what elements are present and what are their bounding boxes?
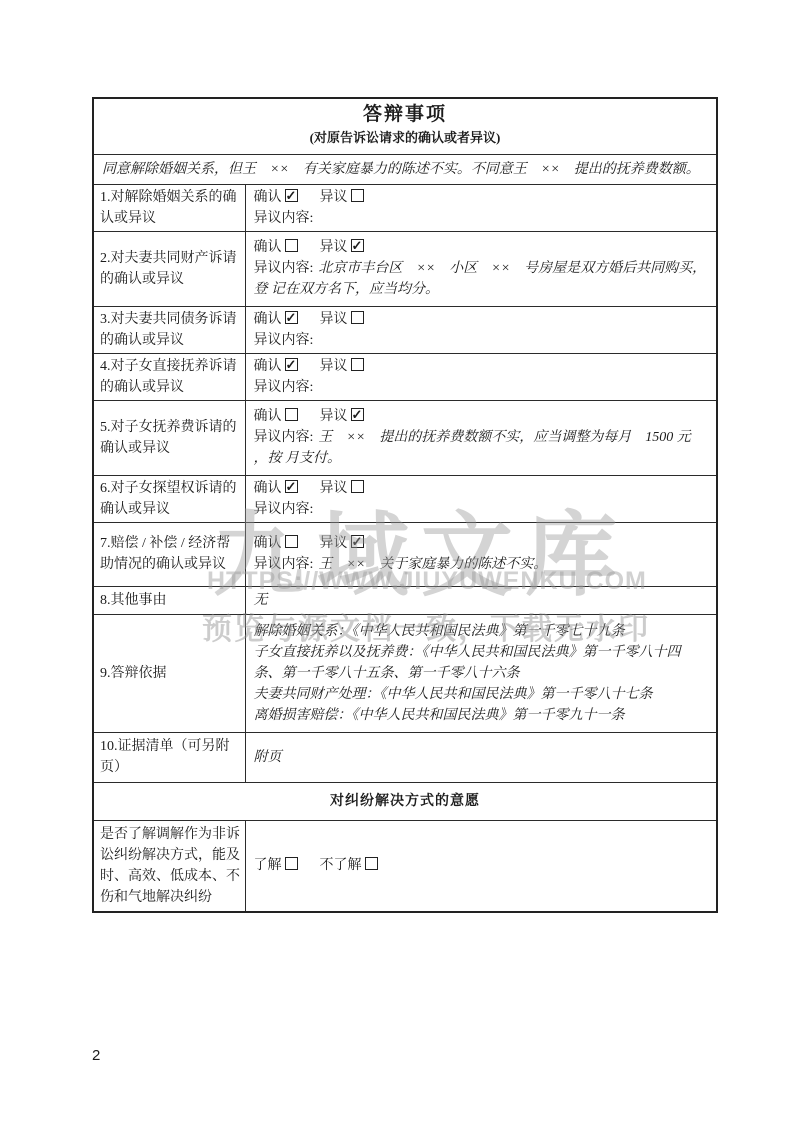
table-row: 7.赔偿 / 补偿 / 经济帮 助情况的确认或异议 确认异议 异议内容:王 ××…: [93, 522, 717, 586]
table-row: 10.证据清单（可另附页） 附页: [93, 732, 717, 782]
confirm-checkbox[interactable]: [285, 480, 298, 493]
legal-basis-line: 离婚损害赔偿：《中华人民共和国民法典》第一千零九十一条: [254, 705, 709, 726]
defense-form-table: 答辩事项 (对原告诉讼请求的确认或者异议) 同意解除婚姻关系，但王 ×× 有关家…: [92, 97, 718, 913]
objection-content-label: 异议内容:: [254, 430, 314, 445]
confirm-label: 确认: [254, 481, 282, 496]
legal-basis-line: 解除婚姻关系：《中华人民共和国民法典》第一千零七十九条: [254, 621, 709, 642]
objection-label: 异议: [320, 190, 348, 205]
table-row: 4.对子女直接抚养诉请的确认或异议 确认异议 异议内容:: [93, 353, 717, 400]
table-row: 答辩事项 (对原告诉讼请求的确认或者异议): [93, 98, 717, 154]
not-know-label: 不了解: [320, 858, 362, 873]
objection-checkbox[interactable]: [351, 408, 364, 421]
row-label: 5.对子女抚养费诉请的确认或异议: [93, 400, 245, 475]
objection-content-label: 异议内容:: [254, 333, 314, 348]
row-label: 1.对解除婚姻关系的确认或异议: [93, 184, 245, 231]
confirm-label: 确认: [254, 312, 282, 327]
confirm-checkbox[interactable]: [285, 189, 298, 202]
objection-checkbox[interactable]: [351, 189, 364, 202]
row-label: 6.对子女探望权诉请的确认或异议: [93, 475, 245, 522]
objection-content: 北京市丰台区 ×× 小区 ×× 号房屋是双方婚后共同购买，登 记在双方名下，应当…: [254, 261, 707, 297]
table-row: 对纠纷解决方式的意愿: [93, 782, 717, 820]
table-row: 1.对解除婚姻关系的确认或异议 确认异议 异议内容:: [93, 184, 717, 231]
table-row: 8.其他事由 无: [93, 586, 717, 614]
confirm-label: 确认: [254, 240, 282, 255]
confirm-label: 确认: [254, 536, 282, 551]
objection-label: 异议: [320, 312, 348, 327]
know-checkbox[interactable]: [285, 857, 298, 870]
confirm-checkbox[interactable]: [285, 311, 298, 324]
objection-content-label: 异议内容:: [254, 557, 314, 572]
objection-label: 异议: [320, 409, 348, 424]
confirm-checkbox[interactable]: [285, 358, 298, 371]
confirm-label: 确认: [254, 190, 282, 205]
row-label: 4.对子女直接抚养诉请的确认或异议: [93, 353, 245, 400]
table-row: 9.答辩依据 解除婚姻关系：《中华人民共和国民法典》第一千零七十九条 子女直接抚…: [93, 614, 717, 732]
table-row: 是否了解调解作为非诉讼纠纷解决方式，能及时、高效、低成本、不伤和气地解决纠纷 了…: [93, 820, 717, 912]
row-label: 7.赔偿 / 补偿 / 经济帮 助情况的确认或异议: [93, 522, 245, 586]
objection-label: 异议: [320, 536, 348, 551]
row-label: 8.其他事由: [93, 586, 245, 614]
row-label: 2.对夫妻共同财产诉请的确认或异议: [93, 231, 245, 306]
summary-text: 同意解除婚姻关系，但王 ×× 有关家庭暴力的陈述不实。不同意王 ×× 提出的抚养…: [102, 162, 700, 177]
not-know-checkbox[interactable]: [365, 857, 378, 870]
objection-content: 王 ×× 关于家庭暴力的陈述不实。: [318, 557, 547, 572]
page-title: 答辩事项: [102, 104, 708, 125]
objection-label: 异议: [320, 240, 348, 255]
objection-content-label: 异议内容:: [254, 380, 314, 395]
objection-checkbox[interactable]: [351, 239, 364, 252]
objection-label: 异议: [320, 359, 348, 374]
table-row: 同意解除婚姻关系，但王 ×× 有关家庭暴力的陈述不实。不同意王 ×× 提出的抚养…: [93, 154, 717, 184]
objection-checkbox[interactable]: [351, 358, 364, 371]
row-content: 附页: [254, 750, 282, 765]
objection-content: 王 ×× 提出的抚养费数额不实，应当调整为每月 1500 元 ，按 月支付。: [254, 430, 691, 466]
table-row: 5.对子女抚养费诉请的确认或异议 确认异议 异议内容:王 ×× 提出的抚养费数额…: [93, 400, 717, 475]
row-label: 10.证据清单（可另附页）: [93, 732, 245, 782]
objection-checkbox[interactable]: [351, 480, 364, 493]
objection-content-label: 异议内容:: [254, 261, 314, 276]
know-label: 了解: [254, 858, 282, 873]
confirm-label: 确认: [254, 409, 282, 424]
confirm-checkbox[interactable]: [285, 239, 298, 252]
table-row: 2.对夫妻共同财产诉请的确认或异议 确认异议 异议内容:北京市丰台区 ×× 小区…: [93, 231, 717, 306]
objection-label: 异议: [320, 481, 348, 496]
legal-basis-line: 夫妻共同财产处理：《中华人民共和国民法典》第一千零八十七条: [254, 684, 709, 705]
row-content: 无: [254, 593, 268, 608]
confirm-checkbox[interactable]: [285, 535, 298, 548]
page-subtitle: (对原告诉讼请求的确认或者异议): [102, 127, 708, 148]
confirm-checkbox[interactable]: [285, 408, 298, 421]
mediation-label: 是否了解调解作为非诉讼纠纷解决方式，能及时、高效、低成本、不伤和气地解决纠纷: [93, 820, 245, 912]
confirm-label: 确认: [254, 359, 282, 374]
table-row: 3.对夫妻共同债务诉请的确认或异议 确认异议 异议内容:: [93, 306, 717, 353]
objection-checkbox[interactable]: [351, 535, 364, 548]
row-label: 3.对夫妻共同债务诉请的确认或异议: [93, 306, 245, 353]
objection-content-label: 异议内容:: [254, 211, 314, 226]
legal-basis-line: 子女直接抚养以及抚养费：《中华人民共和国民法典》第一千零八十四条、第一千零八十五…: [254, 642, 709, 684]
row-label: 9.答辩依据: [93, 614, 245, 732]
objection-content-label: 异议内容:: [254, 502, 314, 517]
objection-checkbox[interactable]: [351, 311, 364, 324]
page-number: 2: [92, 1047, 100, 1064]
table-row: 6.对子女探望权诉请的确认或异议 确认异议 异议内容:: [93, 475, 717, 522]
section-title: 对纠纷解决方式的意愿: [93, 782, 717, 820]
